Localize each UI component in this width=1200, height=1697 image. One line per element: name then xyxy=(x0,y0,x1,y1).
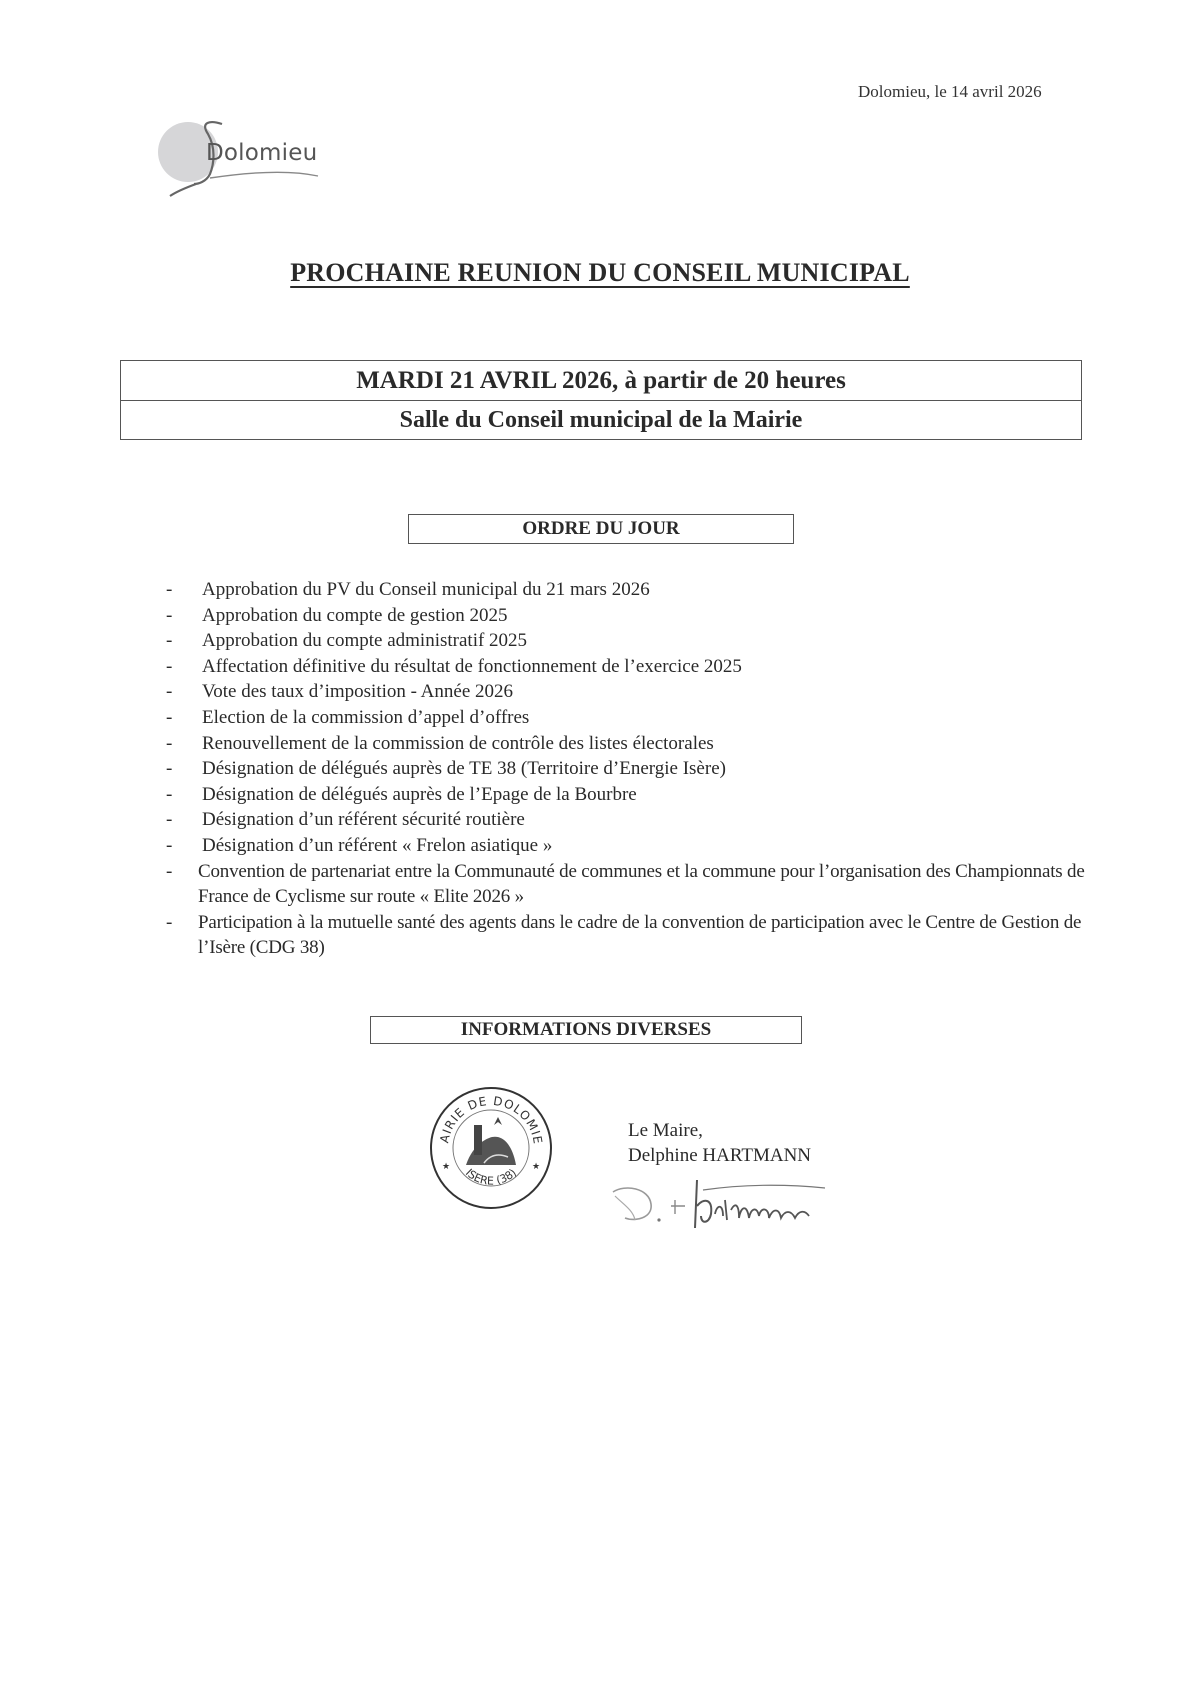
agenda-item-text: Désignation d’un référent « Frelon asiat… xyxy=(202,835,552,856)
bullet-dash: - xyxy=(166,705,172,731)
svg-text:★: ★ xyxy=(532,1162,540,1172)
agenda-item: -Vote des taux d’imposition - Année 2026 xyxy=(160,679,1100,705)
agenda-item: -Renouvellement de la commission de cont… xyxy=(160,731,1100,757)
page-title-text: PROCHAINE REUNION DU CONSEIL MUNICIPAL xyxy=(290,258,910,287)
agenda-item: -Approbation du PV du Conseil municipal … xyxy=(160,577,1100,603)
agenda-item: -Participation à la mutuelle santé des a… xyxy=(160,910,1100,961)
agenda-item-text: Election de la commission d’appel d’offr… xyxy=(202,707,529,728)
bullet-dash: - xyxy=(166,833,172,859)
agenda-item: -Election de la commission d’appel d’off… xyxy=(160,705,1100,731)
agenda-item: -Convention de partenariat entre la Comm… xyxy=(160,859,1100,910)
signatory: Le Maire, Delphine HARTMANN xyxy=(628,1118,811,1168)
dolomieu-logo: Dolomieu xyxy=(140,112,340,202)
bullet-dash: - xyxy=(166,910,172,936)
agenda-item-text: Convention de partenariat entre la Commu… xyxy=(198,861,1085,908)
agenda-item-text: Désignation d’un référent sécurité routi… xyxy=(202,809,525,830)
agenda-item-text: Renouvellement de la commission de contr… xyxy=(202,733,714,754)
svg-text:ISERE (38): ISERE (38) xyxy=(463,1166,519,1187)
meeting-datetime: MARDI 21 AVRIL 2026, à partir de 20 heur… xyxy=(121,361,1081,401)
signatory-name: Delphine HARTMANN xyxy=(628,1143,811,1168)
page-title: PROCHAINE REUNION DU CONSEIL MUNICIPAL xyxy=(0,258,1200,288)
bullet-dash: - xyxy=(166,628,172,654)
agenda-item-text: Approbation du PV du Conseil municipal d… xyxy=(202,579,650,600)
bullet-dash: - xyxy=(166,731,172,757)
bullet-dash: - xyxy=(166,782,172,808)
svg-text:★: ★ xyxy=(442,1162,450,1172)
agenda-item-text: Approbation du compte de gestion 2025 xyxy=(202,605,508,626)
agenda-heading: ORDRE DU JOUR xyxy=(408,514,794,544)
agenda-item: -Désignation de délégués auprès de l’Epa… xyxy=(160,782,1100,808)
meeting-box: MARDI 21 AVRIL 2026, à partir de 20 heur… xyxy=(120,360,1082,440)
bullet-dash: - xyxy=(166,654,172,680)
agenda-item-text: Désignation de délégués auprès de l’Epag… xyxy=(202,784,637,805)
mairie-stamp: MAIRIE DE DOLOMIEU ISERE (38) ★ ★ xyxy=(428,1085,554,1211)
agenda-item: -Approbation du compte administratif 202… xyxy=(160,628,1100,654)
agenda-item-text: Désignation de délégués auprès de TE 38 … xyxy=(202,758,726,779)
signatory-role: Le Maire, xyxy=(628,1118,811,1143)
agenda-item-text: Approbation du compte administratif 2025 xyxy=(202,630,527,651)
bullet-dash: - xyxy=(166,807,172,833)
agenda-item: -Désignation d’un référent « Frelon asia… xyxy=(160,833,1100,859)
agenda-item: -Désignation d’un référent sécurité rout… xyxy=(160,807,1100,833)
bullet-dash: - xyxy=(166,577,172,603)
agenda-item: -Approbation du compte de gestion 2025 xyxy=(160,603,1100,629)
informations-heading: INFORMATIONS DIVERSES xyxy=(370,1016,802,1044)
bullet-dash: - xyxy=(166,756,172,782)
bullet-dash: - xyxy=(166,859,172,885)
agenda-list: -Approbation du PV du Conseil municipal … xyxy=(160,577,1100,961)
place-date: Dolomieu, le 14 avril 2026 xyxy=(858,82,1042,102)
agenda-item-text: Participation à la mutuelle santé des ag… xyxy=(198,912,1081,959)
agenda-item-text: Affectation définitive du résultat de fo… xyxy=(202,656,742,677)
agenda-item: -Affectation définitive du résultat de f… xyxy=(160,654,1100,680)
handwritten-signature-icon xyxy=(605,1170,885,1240)
agenda-item: -Désignation de délégués auprès de TE 38… xyxy=(160,756,1100,782)
bullet-dash: - xyxy=(166,679,172,705)
agenda-item-text: Vote des taux d’imposition - Année 2026 xyxy=(202,681,513,702)
bullet-dash: - xyxy=(166,603,172,629)
logo-text: Dolomieu xyxy=(206,140,317,166)
official-seal-icon: MAIRIE DE DOLOMIEU ISERE (38) ★ ★ xyxy=(428,1085,554,1211)
meeting-location: Salle du Conseil municipal de la Mairie xyxy=(121,401,1081,440)
